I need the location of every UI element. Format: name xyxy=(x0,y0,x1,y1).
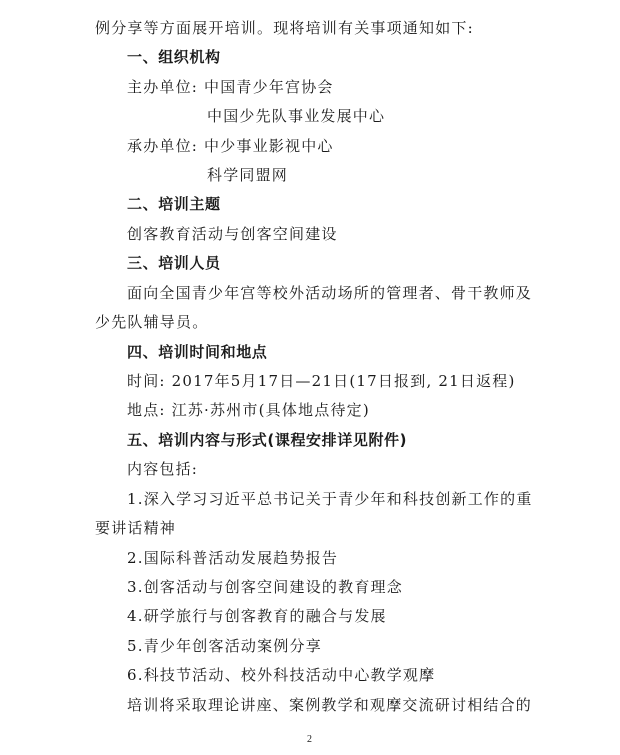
content-item-3: 3.创客活动与创客空间建设的教育理念 xyxy=(127,577,403,597)
content-item-6: 6.科技节活动、校外科技活动中心教学观摩 xyxy=(127,665,435,685)
content-item-1b: 要讲话精神 xyxy=(95,518,176,538)
theme-text: 创客教育活动与创客空间建设 xyxy=(127,224,338,244)
host-unit-1: 主办单位: 中国青少年宫协会 xyxy=(127,77,334,97)
organizer-unit-1: 承办单位: 中少事业影视中心 xyxy=(127,136,334,156)
content-intro: 内容包括: xyxy=(127,459,198,479)
section-heading-time-place: 四、培训时间和地点 xyxy=(127,342,267,362)
content-item-4: 4.研学旅行与创客教育的融合与发展 xyxy=(127,606,387,626)
content-item-2: 2.国际科普活动发展趋势报告 xyxy=(127,548,338,568)
document-page: 例分享等方面展开培训。现将培训有关事项通知如下: 一、组织机构 主办单位: 中国… xyxy=(0,0,620,755)
place-text: 地点: 江苏·苏州市(具体地点待定) xyxy=(127,400,370,420)
intro-continuation: 例分享等方面展开培训。现将培训有关事项通知如下: xyxy=(95,18,474,38)
section-heading-theme: 二、培训主题 xyxy=(127,194,221,214)
participants-text-2: 少先队辅导员。 xyxy=(95,312,208,332)
time-text: 时间: 2017年5月17日—21日(17日报到, 21日返程) xyxy=(127,371,516,391)
organizer-unit-2: 科学同盟网 xyxy=(207,165,288,185)
section-heading-participants: 三、培训人员 xyxy=(127,253,221,273)
section-heading-organization: 一、组织机构 xyxy=(127,47,221,67)
format-text: 培训将采取理论讲座、案例教学和观摩交流研讨相结合的 xyxy=(127,695,532,715)
participants-text-1: 面向全国青少年宫等校外活动场所的管理者、骨干教师及 xyxy=(127,283,532,303)
page-number: 2 xyxy=(307,734,312,745)
section-heading-content-format: 五、培训内容与形式(课程安排详见附件) xyxy=(127,430,407,450)
host-unit-2: 中国少先队事业发展中心 xyxy=(207,106,385,126)
content-item-5: 5.青少年创客活动案例分享 xyxy=(127,636,322,656)
content-item-1a: 1.深入学习习近平总书记关于青少年和科技创新工作的重 xyxy=(127,489,533,509)
